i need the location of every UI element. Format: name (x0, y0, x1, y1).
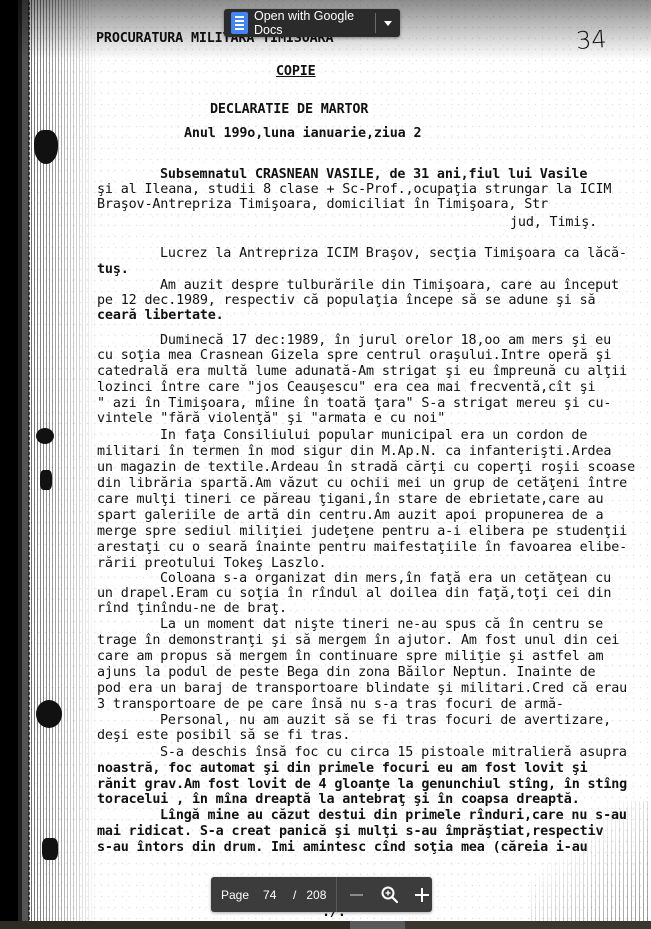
text-line: ceară libertate. (97, 308, 224, 324)
page-toolbar: Page 74 / 208 (211, 877, 432, 912)
text-line: cu soţia mea Crasnean Gizela spre centru… (97, 348, 611, 364)
text-line: jud, Timiş. (510, 215, 597, 231)
text-line: Am auzit despre tulburările din Timişoar… (160, 278, 619, 294)
text-line: lozinci între care "jos Ceauşescu" era c… (97, 380, 595, 396)
text-line: un magazin de textile.Ardeau în stradă c… (97, 460, 635, 476)
text-line: din librăria spartă.Am văzut cu ochii me… (97, 476, 627, 492)
text-line: Lucrez la Antrepriza ICIM Braşov, secţia… (160, 246, 627, 262)
text-line: ajuns la podul de peste Bega din zona Bă… (97, 665, 595, 681)
plus-icon[interactable] (413, 886, 431, 904)
text-line: şi al Ileana, studii 8 clase + Sc-Prof.,… (97, 182, 611, 198)
text-line: Subsemnatul CRASNEAN VASILE, de 31 ani,f… (160, 167, 587, 183)
text-line: s-au întors din drum. Imi amintesc cînd … (97, 840, 588, 856)
magnifier-icon[interactable] (380, 885, 400, 905)
text-line: vintele "fără violenţă" şi "armata e cu … (97, 411, 445, 427)
date-line: Anul 199o,luna ianuarie,ziua 2 (184, 126, 421, 142)
text-line: rînd ţinîndu-ne de braţ. (97, 601, 287, 617)
page-separator: / (293, 888, 296, 902)
text-line: deşi este posibil să se fi tras. (97, 728, 350, 744)
toolbar-divider (336, 877, 337, 912)
total-pages: 208 (306, 888, 326, 902)
text-line: Lîngă mine au căzut destui din primele r… (160, 808, 627, 824)
text-line: La un moment dat nişte tineri ne-au spus… (160, 617, 603, 633)
declaration-title: DECLARATIE DE MARTOR (210, 102, 368, 118)
text-line: rănit grav.Am fost lovit de 4 gloanţe la… (97, 777, 627, 793)
open-with-google-docs-button[interactable]: Open with Google Docs (224, 9, 400, 37)
text-line: In faţa Consiliului popular municipal er… (160, 428, 587, 444)
text-line: Coloana s-a organizat din mers,în faţă e… (160, 571, 611, 587)
open-with-label: Open with Google Docs (254, 9, 375, 37)
copy-title: COPIE (276, 64, 316, 80)
text-line: trage în demonstranţi şi să mergem în aj… (97, 633, 619, 649)
text-line: pe 12 dec.1989, respectiv că populaţia î… (97, 293, 595, 309)
text-line: care am propus să mergem în continuare s… (97, 649, 603, 665)
text-line: Duminecă 17 dec:1989, în jurul orelor 18… (160, 333, 611, 349)
text-line: mai ridicat. S-a creat panică şi mulţi s… (97, 824, 603, 840)
viewer-bottom-bar (0, 921, 651, 929)
google-docs-icon (231, 12, 248, 34)
text-line: Braşov-Antrepriza Timişoara, domiciliat … (97, 197, 548, 213)
text-line: care mulţi tineri ce păreau ţigani,în st… (97, 492, 603, 508)
text-line: S-a deschis însă foc cu circa 15 pistoal… (160, 745, 627, 761)
text-line: un drapel.Eram cu soţia în rîndul al doi… (97, 586, 611, 602)
text-line: arestaţi cu o seară înainte pentru maife… (97, 540, 627, 556)
text-line: toracelui , în mîna dreaptă la antebraţ … (97, 792, 580, 808)
text-line: catedrală era multă lume adunată-Am stri… (97, 364, 627, 380)
minus-icon[interactable] (348, 886, 366, 904)
text-line: merge spre sediul miliţiei judeţene pent… (97, 524, 627, 540)
handwritten-page-number: 34 (575, 25, 607, 55)
text-line: pod era un baraj de transportoare blinda… (97, 681, 627, 697)
current-page-input[interactable]: 74 (263, 888, 283, 902)
document-text: PROCURATURA MILITARA TIMISOARA COPIE DEC… (0, 0, 651, 873)
text-line: 3 transportoare de pe care însă nu s-a t… (97, 697, 564, 713)
text-line: spart galeriile de artă din centru.Am au… (97, 508, 603, 524)
caret-down-icon[interactable] (376, 9, 400, 37)
text-line: noastră, foc automat şi din primele focu… (97, 761, 588, 777)
text-line: tuş. (97, 262, 129, 278)
text-line: Personal, nu am auzit să se fi tras focu… (160, 713, 611, 729)
scanned-document-page: PROCURATURA MILITARA TIMISOARA COPIE DEC… (0, 0, 651, 921)
text-line: " azi în Timişoara, mîine în toată ţara"… (97, 396, 611, 412)
page-label: Page (221, 888, 249, 902)
text-line: militari în termen în mod sigur din M.Ap… (97, 444, 611, 460)
text-line: rării preotului Tokeş Laszlo. (97, 556, 326, 572)
